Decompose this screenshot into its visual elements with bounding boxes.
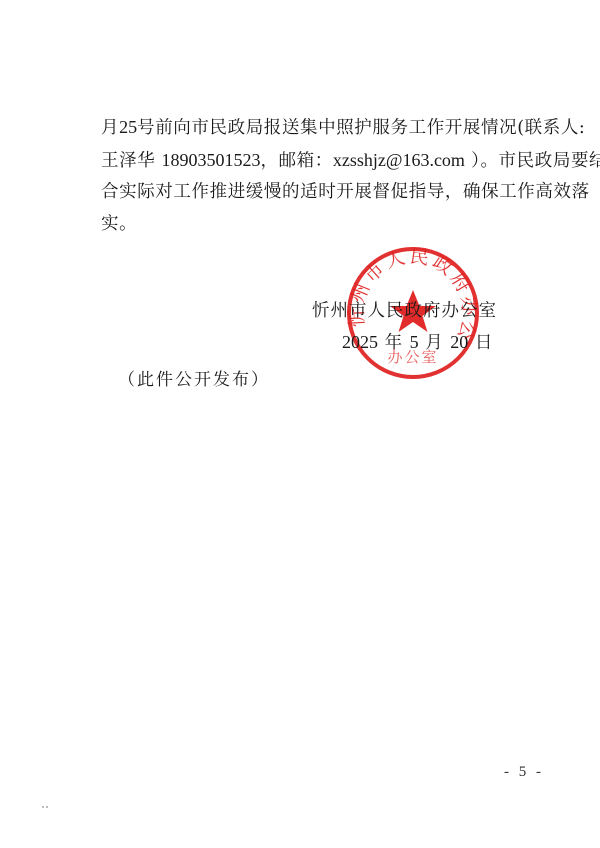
body-paragraph: 月25号前向市民政局报送集中照护服务工作开展情况(联系人: 王泽华 189035… (101, 112, 509, 240)
issuing-organization: 忻州市人民政府办公室 (312, 296, 512, 327)
contact-phone: 18903501523 (161, 150, 260, 170)
body-line-1: 月25号前向市民政局报送集中照护服务工作开展情况(联系人: (101, 112, 509, 145)
page-number: - 5 - (504, 764, 544, 781)
body-line-4: 实。 (101, 209, 509, 241)
scan-artifact (42, 793, 50, 796)
body-line-2: 王泽华 18903501523，邮箱：xzsshjz@163.com ）。市民政… (101, 145, 509, 178)
issue-date: 2025 年 5 月 20 日 (342, 327, 512, 359)
body-line-3: 合实际对工作推进缓慢的适时开展督促指导，确保工作高效落 (101, 177, 509, 209)
document-page: 月25号前向市民政局报送集中照护服务工作开展情况(联系人: 王泽华 189035… (0, 0, 600, 848)
publication-notice: （此件公开发布） (118, 365, 270, 390)
signature-block: 忻州市人民政府办公室 2025 年 5 月 20 日 (312, 296, 512, 359)
contact-email: xzsshjz@163.com (333, 150, 465, 170)
